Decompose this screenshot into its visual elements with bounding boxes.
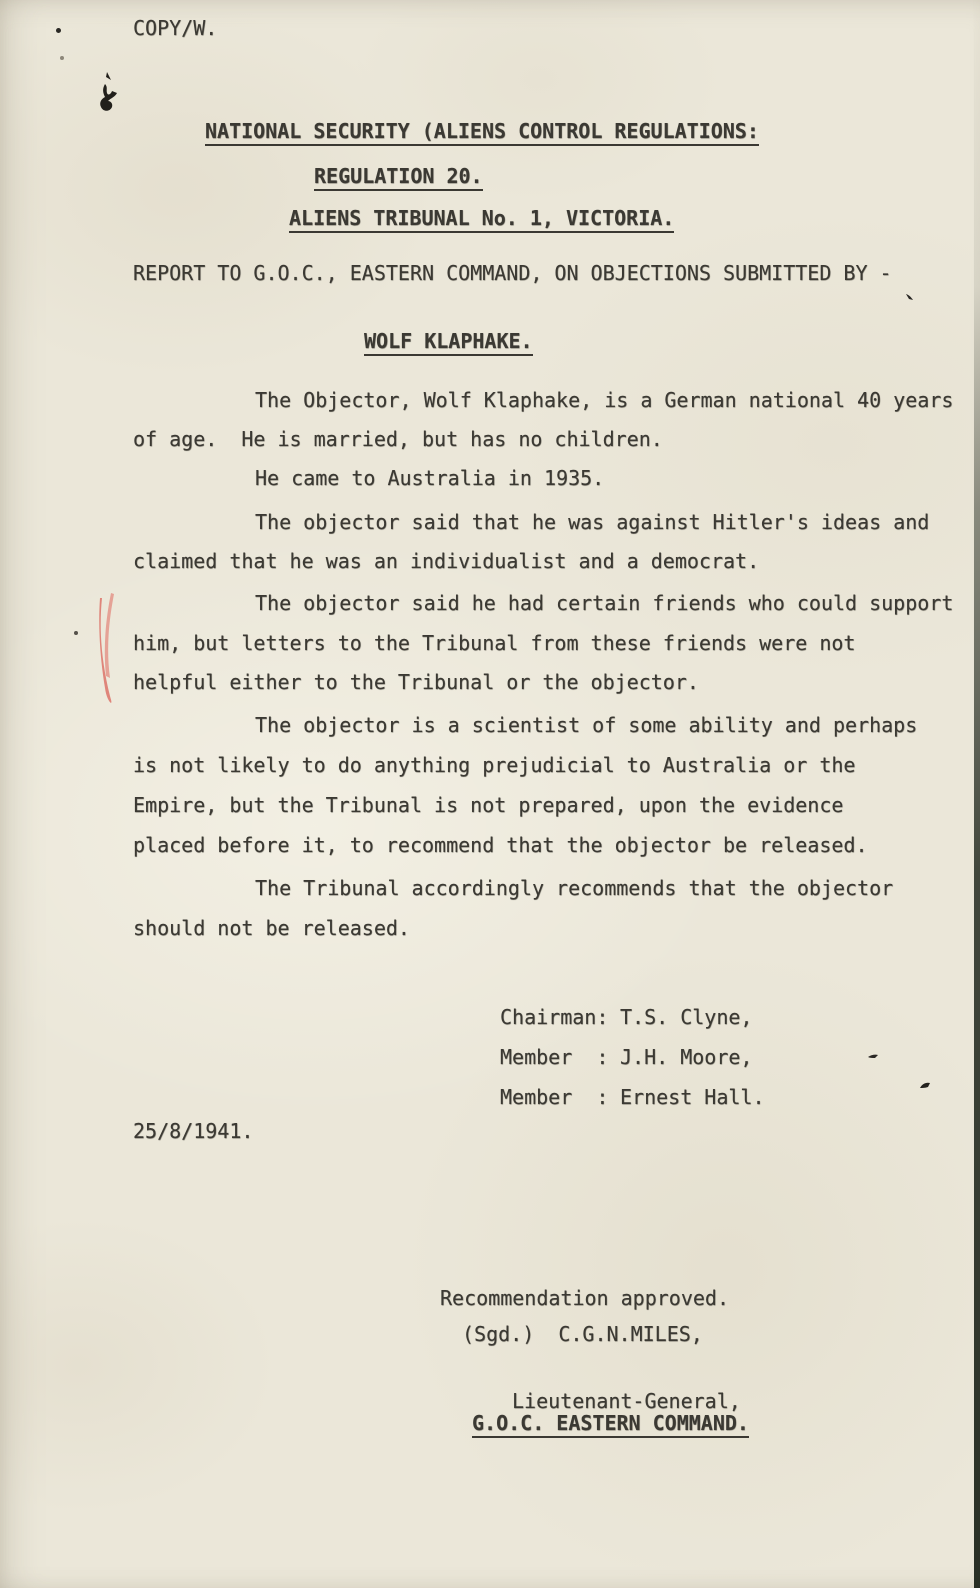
subject-name-text: WOLF KLAPHAKE. [364, 329, 533, 356]
ink-speck [60, 56, 64, 60]
body-line: The objector said he had certain friends… [255, 591, 953, 615]
command-line-text: G.O.C. EASTERN COMMAND. [472, 1411, 749, 1438]
body-line: him, but letters to the Tribunal from th… [133, 631, 855, 655]
rank-line: Lieutenant-General, [512, 1389, 741, 1413]
red-margin-mark [88, 590, 133, 708]
body-line: should not be released. [133, 916, 410, 940]
pen-dash-mark [866, 1051, 880, 1061]
paper-edge-shadow [974, 0, 980, 1588]
body-line: He came to Australia in 1935. [255, 466, 604, 490]
ink-speck [74, 631, 78, 635]
heading-tribunal-text: ALIENS TRIBUNAL No. 1, VICTORIA. [289, 206, 674, 233]
heading-tribunal: ALIENS TRIBUNAL No. 1, VICTORIA. [289, 206, 674, 230]
heading-regulation-number-text: REGULATION 20. [314, 164, 483, 191]
command-line: G.O.C. EASTERN COMMAND. [472, 1411, 749, 1435]
report-recipient-line: REPORT TO G.O.C., EASTERN COMMAND, ON OB… [133, 261, 892, 285]
report-date: 25/8/1941. [133, 1119, 253, 1143]
ink-speck [56, 28, 61, 33]
body-line: placed before it, to recommend that the … [133, 833, 868, 857]
signatory-label: Member : [500, 1085, 608, 1109]
pen-tick-mark [904, 292, 916, 304]
heading-regulations-text: NATIONAL SECURITY (ALIENS CONTROL REGULA… [205, 119, 759, 146]
body-line: Empire, but the Tribunal is not prepared… [133, 793, 843, 817]
body-line: The Objector, Wolf Klaphake, is a German… [255, 388, 953, 412]
body-line: claimed that he was an individualist and… [133, 549, 759, 573]
signatory-name: Ernest Hall. [620, 1085, 765, 1109]
copy-annotation: COPY/W. [133, 16, 217, 40]
body-line: The objector is a scientist of some abil… [255, 713, 917, 737]
body-line: The Tribunal accordingly recommends that… [255, 876, 893, 900]
heading-regulations: NATIONAL SECURITY (ALIENS CONTROL REGULA… [205, 119, 759, 143]
pen-dash-mark [918, 1081, 932, 1092]
body-line: The objector said that he was against Hi… [255, 510, 929, 534]
body-line: is not likely to do anything prejudicial… [133, 753, 855, 777]
subject-name: WOLF KLAPHAKE. [364, 329, 533, 353]
body-line: of age. He is married, but has no childr… [133, 427, 663, 451]
signatory-label: Member : [500, 1045, 608, 1069]
heading-regulation-number: REGULATION 20. [314, 164, 483, 188]
signed-line: (Sgd.) C.G.N.MILES, [462, 1322, 703, 1346]
signatory-label: Chairman: [500, 1005, 608, 1029]
signatory-name: T.S. Clyne, [620, 1005, 752, 1029]
ink-squiggle-mark [90, 68, 122, 114]
signatory-name: J.H. Moore, [620, 1045, 752, 1069]
body-line: helpful either to the Tribunal or the ob… [133, 670, 699, 694]
document-page: COPY/W. NATIONAL SECURITY (ALIENS CONTRO… [0, 0, 980, 1588]
approval-note: Recommendation approved. [440, 1286, 729, 1310]
